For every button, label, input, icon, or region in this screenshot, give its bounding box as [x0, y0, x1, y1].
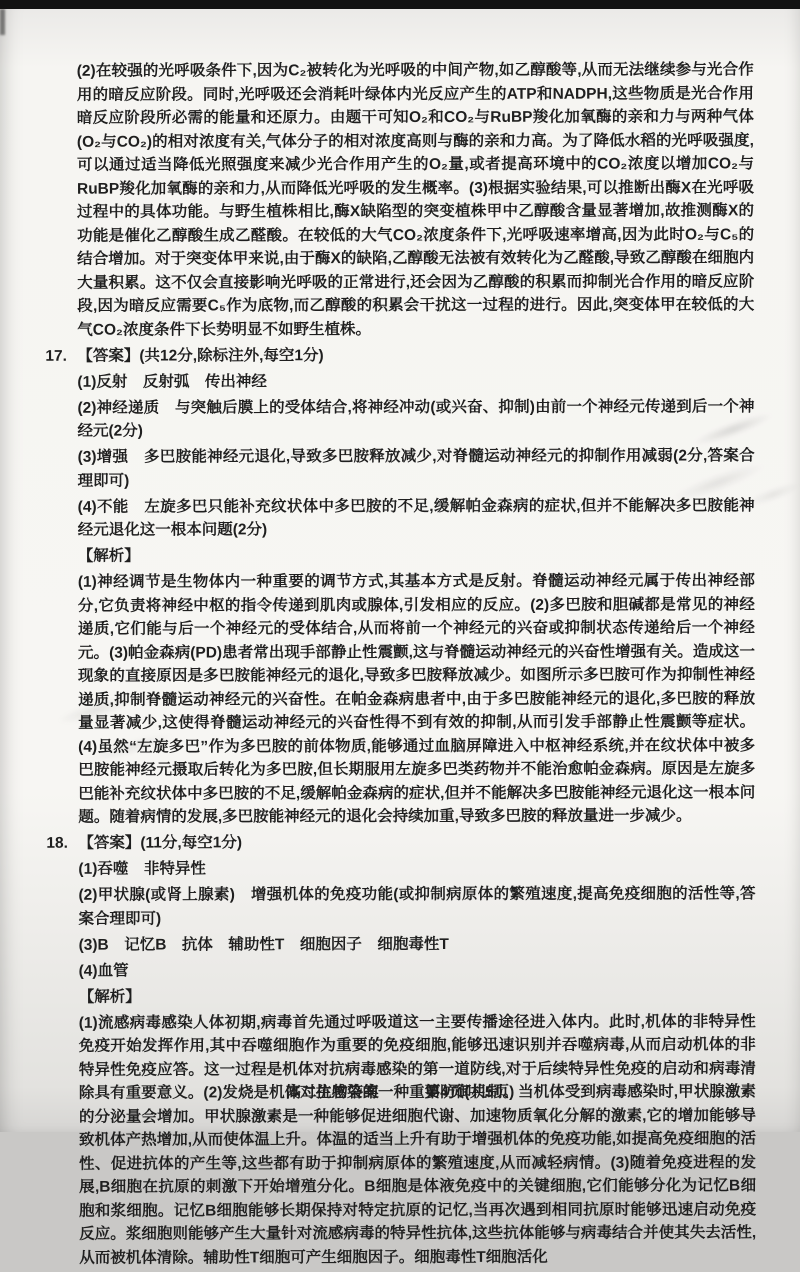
- block-paragraphs: (2)在较强的光呼吸条件下,因为C₂被转化为光呼吸的中间产物,如乙醇酸等,从而无…: [77, 58, 755, 341]
- paragraph: 【答案】(共12分,除标注外,每空1分): [77, 343, 754, 368]
- paragraph: (1)神经调节是生物体内一种重要的调节方式,其基本方式是反射。脊髓运动神经元属于…: [78, 569, 756, 829]
- paragraph: (4)不能 左旋多巴只能补充纹状体中多巴胺的不足,缓解帕金森病的症状,但并不能解…: [78, 494, 755, 542]
- scanned-page: (2)在较强的光呼吸条件下,因为C₂被转化为光呼吸的中间产物,如乙醇酸等,从而无…: [0, 0, 800, 1132]
- question-number: 18.: [46, 832, 68, 856]
- question-block: 17. 【答案】(共12分,除标注外,每空1分)(1)反射 反射弧 传出神经(2…: [77, 343, 755, 829]
- page-footer: 高二生物答案 第4页(共5页): [0, 1079, 800, 1103]
- paragraph: 【答案】(11分,每空1分): [78, 830, 755, 855]
- footer-doc-title: 高二生物答案: [286, 1080, 379, 1102]
- paragraph: (1)反射 反射弧 传出神经: [77, 369, 754, 394]
- question-number: 17.: [45, 344, 67, 368]
- question-block: (2)在较强的光呼吸条件下,因为C₂被转化为光呼吸的中间产物,如乙醇酸等,从而无…: [77, 58, 755, 341]
- scan-top-black-bar: [0, 0, 800, 9]
- paragraph: (2)甲状腺(或肾上腺素) 增强机体的免疫功能(或抑制病原体的繁殖速度,提高免疫…: [78, 882, 755, 930]
- paragraph: (4)血管: [79, 958, 756, 983]
- paragraph: 【解析】: [79, 984, 756, 1009]
- paragraph: (2)在较强的光呼吸条件下,因为C₂被转化为光呼吸的中间产物,如乙醇酸等,从而无…: [77, 58, 755, 341]
- block-paragraphs: 【答案】(共12分,除标注外,每空1分)(1)反射 反射弧 传出神经(2)神经递…: [77, 343, 755, 829]
- paragraph: 【解析】: [78, 543, 755, 568]
- footer-page-number: 第4页(共5页): [425, 1080, 515, 1102]
- answer-sheet-body: (2)在较强的光呼吸条件下,因为C₂被转化为光呼吸的中间产物,如乙醇酸等,从而无…: [77, 58, 757, 1132]
- paragraph: (1)流感病毒感染人体初期,病毒首先通过呼吸道这一主要传播途径进入体内。此时,机…: [79, 1010, 757, 1132]
- scan-edge-artifact: [0, 9, 5, 35]
- paragraph: (1)吞噬 非特异性: [78, 856, 755, 881]
- paragraph: (2)神经递质 与突触后膜上的受体结合,将神经冲动(或兴奋、抑制)由前一个神经元…: [77, 395, 754, 443]
- paragraph: (3)B 记忆B 抗体 辅助性T 细胞因子 细胞毒性T: [79, 932, 756, 957]
- paragraph: (3)增强 多巴胺能神经元退化,导致多巴胺释放减少,对脊髓运动神经元的抑制作用减…: [78, 444, 755, 492]
